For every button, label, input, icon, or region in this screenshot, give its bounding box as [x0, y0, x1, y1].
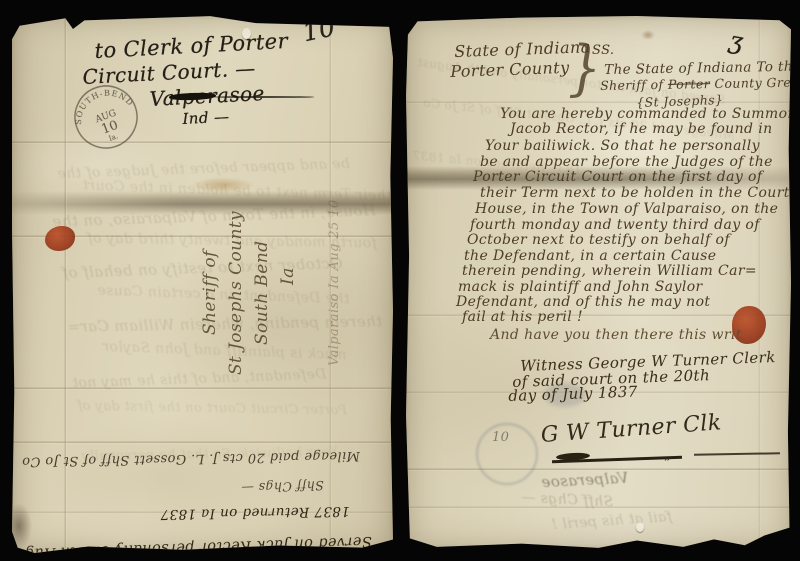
- right-page-surface: ʒ State of Indiana } SS. Porter County T…: [406, 16, 791, 549]
- service-note-line: 1837 Returned on Ia 1837: [160, 503, 350, 522]
- writ-body-line: Defendant, and of this he may not: [456, 294, 710, 310]
- fold-crease: [758, 16, 761, 549]
- writ-body-line: their Term next to be holden in the Cour…: [480, 185, 790, 201]
- writ-body-line: fail at his peril !: [462, 309, 583, 325]
- postage-rate-mark: 10: [300, 15, 338, 47]
- corner-ink-squiggle: ʒ: [727, 26, 746, 56]
- pencil-rate-mark: 10: [492, 430, 509, 445]
- address-line: to Clerk of Porter: [94, 29, 289, 63]
- witness-line: day of July 1837: [508, 382, 638, 405]
- ink-blot-tail: [214, 96, 314, 98]
- service-note-line: Shff Chgs —: [241, 478, 324, 496]
- left-page-surface: 10 to Clerk of Porter Circuit Court. — V…: [12, 15, 393, 553]
- writ-body-line: fourth monday and twenty third day of: [470, 217, 760, 233]
- signature-flourish: [694, 452, 780, 455]
- address-line: Ind —: [182, 108, 230, 128]
- summons-page: ʒ State of Indiana } SS. Porter County T…: [406, 16, 791, 549]
- service-note-line: Mileage paid 20 cts J. L. Gossett Shff o…: [22, 448, 360, 469]
- letter-back-page: 10 to Clerk of Porter Circuit Court. — V…: [12, 15, 393, 553]
- writ-body-line: mack is plaintiff and John Saylor: [458, 279, 703, 295]
- bleed-through-line: fail at his peril !: [551, 509, 673, 533]
- flourish-tick: ”: [664, 456, 671, 471]
- writ-body-line: October next to testify on behalf of: [467, 232, 730, 248]
- sheriff-post: County Greeting: [710, 74, 791, 91]
- service-note-line: Served on Jack Rector personally on 9th …: [12, 533, 372, 553]
- postmark-state: Ia.: [108, 132, 119, 143]
- scan-background: 10 to Clerk of Porter Circuit Court. — V…: [0, 0, 800, 561]
- writ-body-line: therein pending, wherein William Car=: [462, 263, 757, 279]
- bleed-through-line: Valperasoe: [541, 469, 629, 492]
- writ-body-line: the Defendant, in a certain Cause: [464, 248, 716, 264]
- service-return-notes: Served on Jack Rector personally on 9th …: [18, 411, 372, 549]
- heading-ss: SS.: [592, 43, 614, 58]
- fold-crease: [12, 141, 393, 144]
- paper-stain: [641, 30, 655, 40]
- clerk-signature: G W Turner Clk: [540, 410, 722, 448]
- writ-body-line: House, in the Town of Valparaiso, on the: [475, 201, 778, 217]
- writ-body-line: And have you then there this writ: [490, 327, 742, 343]
